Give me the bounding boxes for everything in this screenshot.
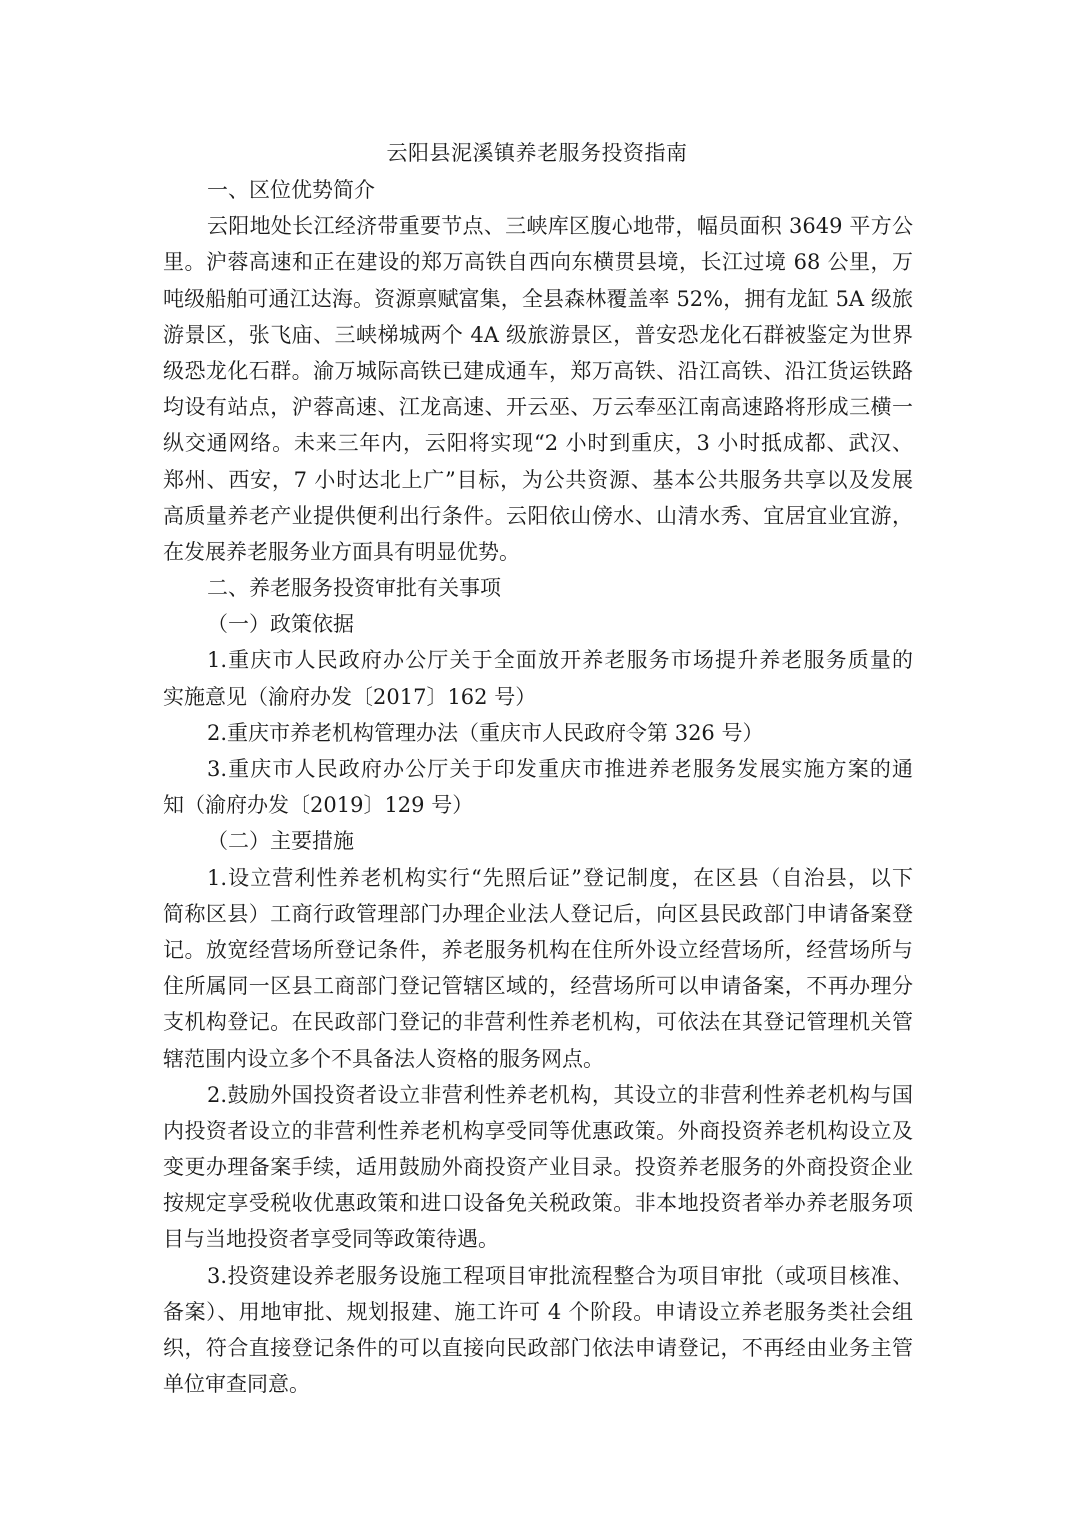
document-body: 一、区位优势简介云阳地处长江经济带重要节点、三峡库区腹心地带，幅员面积 3649… <box>163 172 913 1402</box>
paragraph-line: 支机构登记。在民政部门登记的非营利性养老机构，可依法在其登记管理机关管 <box>163 1004 913 1040</box>
paragraph-line: 郑州、西安，7 小时达北上广”目标，为公共资源、基本公共服务共享以及发展 <box>163 462 913 498</box>
section-heading: 二、养老服务投资审批有关事项 <box>163 570 913 606</box>
section-heading: （一）政策依据 <box>163 606 913 642</box>
paragraph-line: 2.鼓励外国投资者设立非营利性养老机构，其设立的非营利性养老机构与国 <box>163 1077 913 1113</box>
section-heading: 一、区位优势简介 <box>163 172 913 208</box>
paragraph-line: 1.设立营利性养老机构实行“先照后证”登记制度，在区县（自治县，以下 <box>163 860 913 896</box>
section-heading: （二）主要措施 <box>163 823 913 859</box>
paragraph-line: 单位审查同意。 <box>163 1366 913 1402</box>
paragraph-line: 目与当地投资者享受同等政策待遇。 <box>163 1221 913 1257</box>
paragraph-line: 住所属同一区县工商部门登记管辖区域的，经营场所可以申请备案，不再办理分 <box>163 968 913 1004</box>
paragraph-line: 高质量养老产业提供便利出行条件。云阳依山傍水、山清水秀、宜居宜业宜游， <box>163 498 913 534</box>
paragraph-line: 云阳地处长江经济带重要节点、三峡库区腹心地带，幅员面积 3649 平方公 <box>163 208 913 244</box>
paragraph-line: 实施意见（渝府办发〔2017〕162 号） <box>163 679 913 715</box>
paragraph-line: 备案）、用地审批、规划报建、施工许可 4 个阶段。申请设立养老服务类社会组 <box>163 1294 913 1330</box>
paragraph-line: 按规定享受税收优惠政策和进口设备免关税政策。非本地投资者举办养老服务项 <box>163 1185 913 1221</box>
paragraph-line: 1.重庆市人民政府办公厅关于全面放开养老服务市场提升养老服务质量的 <box>163 642 913 678</box>
paragraph-line: 辖范围内设立多个不具备法人资格的服务网点。 <box>163 1041 913 1077</box>
paragraph-line: 知（渝府办发〔2019〕129 号） <box>163 787 913 823</box>
paragraph-line: 游景区，张飞庙、三峡梯城两个 4A 级旅游景区，普安恐龙化石群被鉴定为世界 <box>163 317 913 353</box>
document-page: 云阳县泥溪镇养老服务投资指南 一、区位优势简介云阳地处长江经济带重要节点、三峡库… <box>0 0 1074 1520</box>
paragraph-line: 在发展养老服务业方面具有明显优势。 <box>163 534 913 570</box>
paragraph-line: 简称区县）工商行政管理部门办理企业法人登记后，向区县民政部门申请备案登 <box>163 896 913 932</box>
paragraph-line: 吨级船舶可通江达海。资源禀赋富集，全县森林覆盖率 52%，拥有龙缸 5A 级旅 <box>163 281 913 317</box>
document-title: 云阳县泥溪镇养老服务投资指南 <box>0 136 1074 170</box>
paragraph-line: 变更办理备案手续，适用鼓励外商投资产业目录。投资养老服务的外商投资企业 <box>163 1149 913 1185</box>
paragraph-line: 纵交通网络。未来三年内，云阳将实现“2 小时到重庆，3 小时抵成都、武汉、 <box>163 425 913 461</box>
paragraph-line: 3.投资建设养老服务设施工程项目审批流程整合为项目审批（或项目核准、 <box>163 1258 913 1294</box>
paragraph-line: 3.重庆市人民政府办公厅关于印发重庆市推进养老服务发展实施方案的通 <box>163 751 913 787</box>
paragraph-line: 均设有站点，沪蓉高速、江龙高速、开云巫、万云奉巫江南高速路将形成三横一 <box>163 389 913 425</box>
paragraph-line: 内投资者设立的非营利性养老机构享受同等优惠政策。外商投资养老机构设立及 <box>163 1113 913 1149</box>
paragraph-line: 里。沪蓉高速和正在建设的郑万高铁自西向东横贯县境，长江过境 68 公里，万 <box>163 244 913 280</box>
paragraph-line: 织，符合直接登记条件的可以直接向民政部门依法申请登记，不再经由业务主管 <box>163 1330 913 1366</box>
paragraph-line: 级恐龙化石群。渝万城际高铁已建成通车，郑万高铁、沿江高铁、沿江货运铁路 <box>163 353 913 389</box>
paragraph-line: 记。放宽经营场所登记条件，养老服务机构在住所外设立经营场所，经营场所与 <box>163 932 913 968</box>
section-heading: 2.重庆市养老机构管理办法（重庆市人民政府令第 326 号） <box>163 715 913 751</box>
